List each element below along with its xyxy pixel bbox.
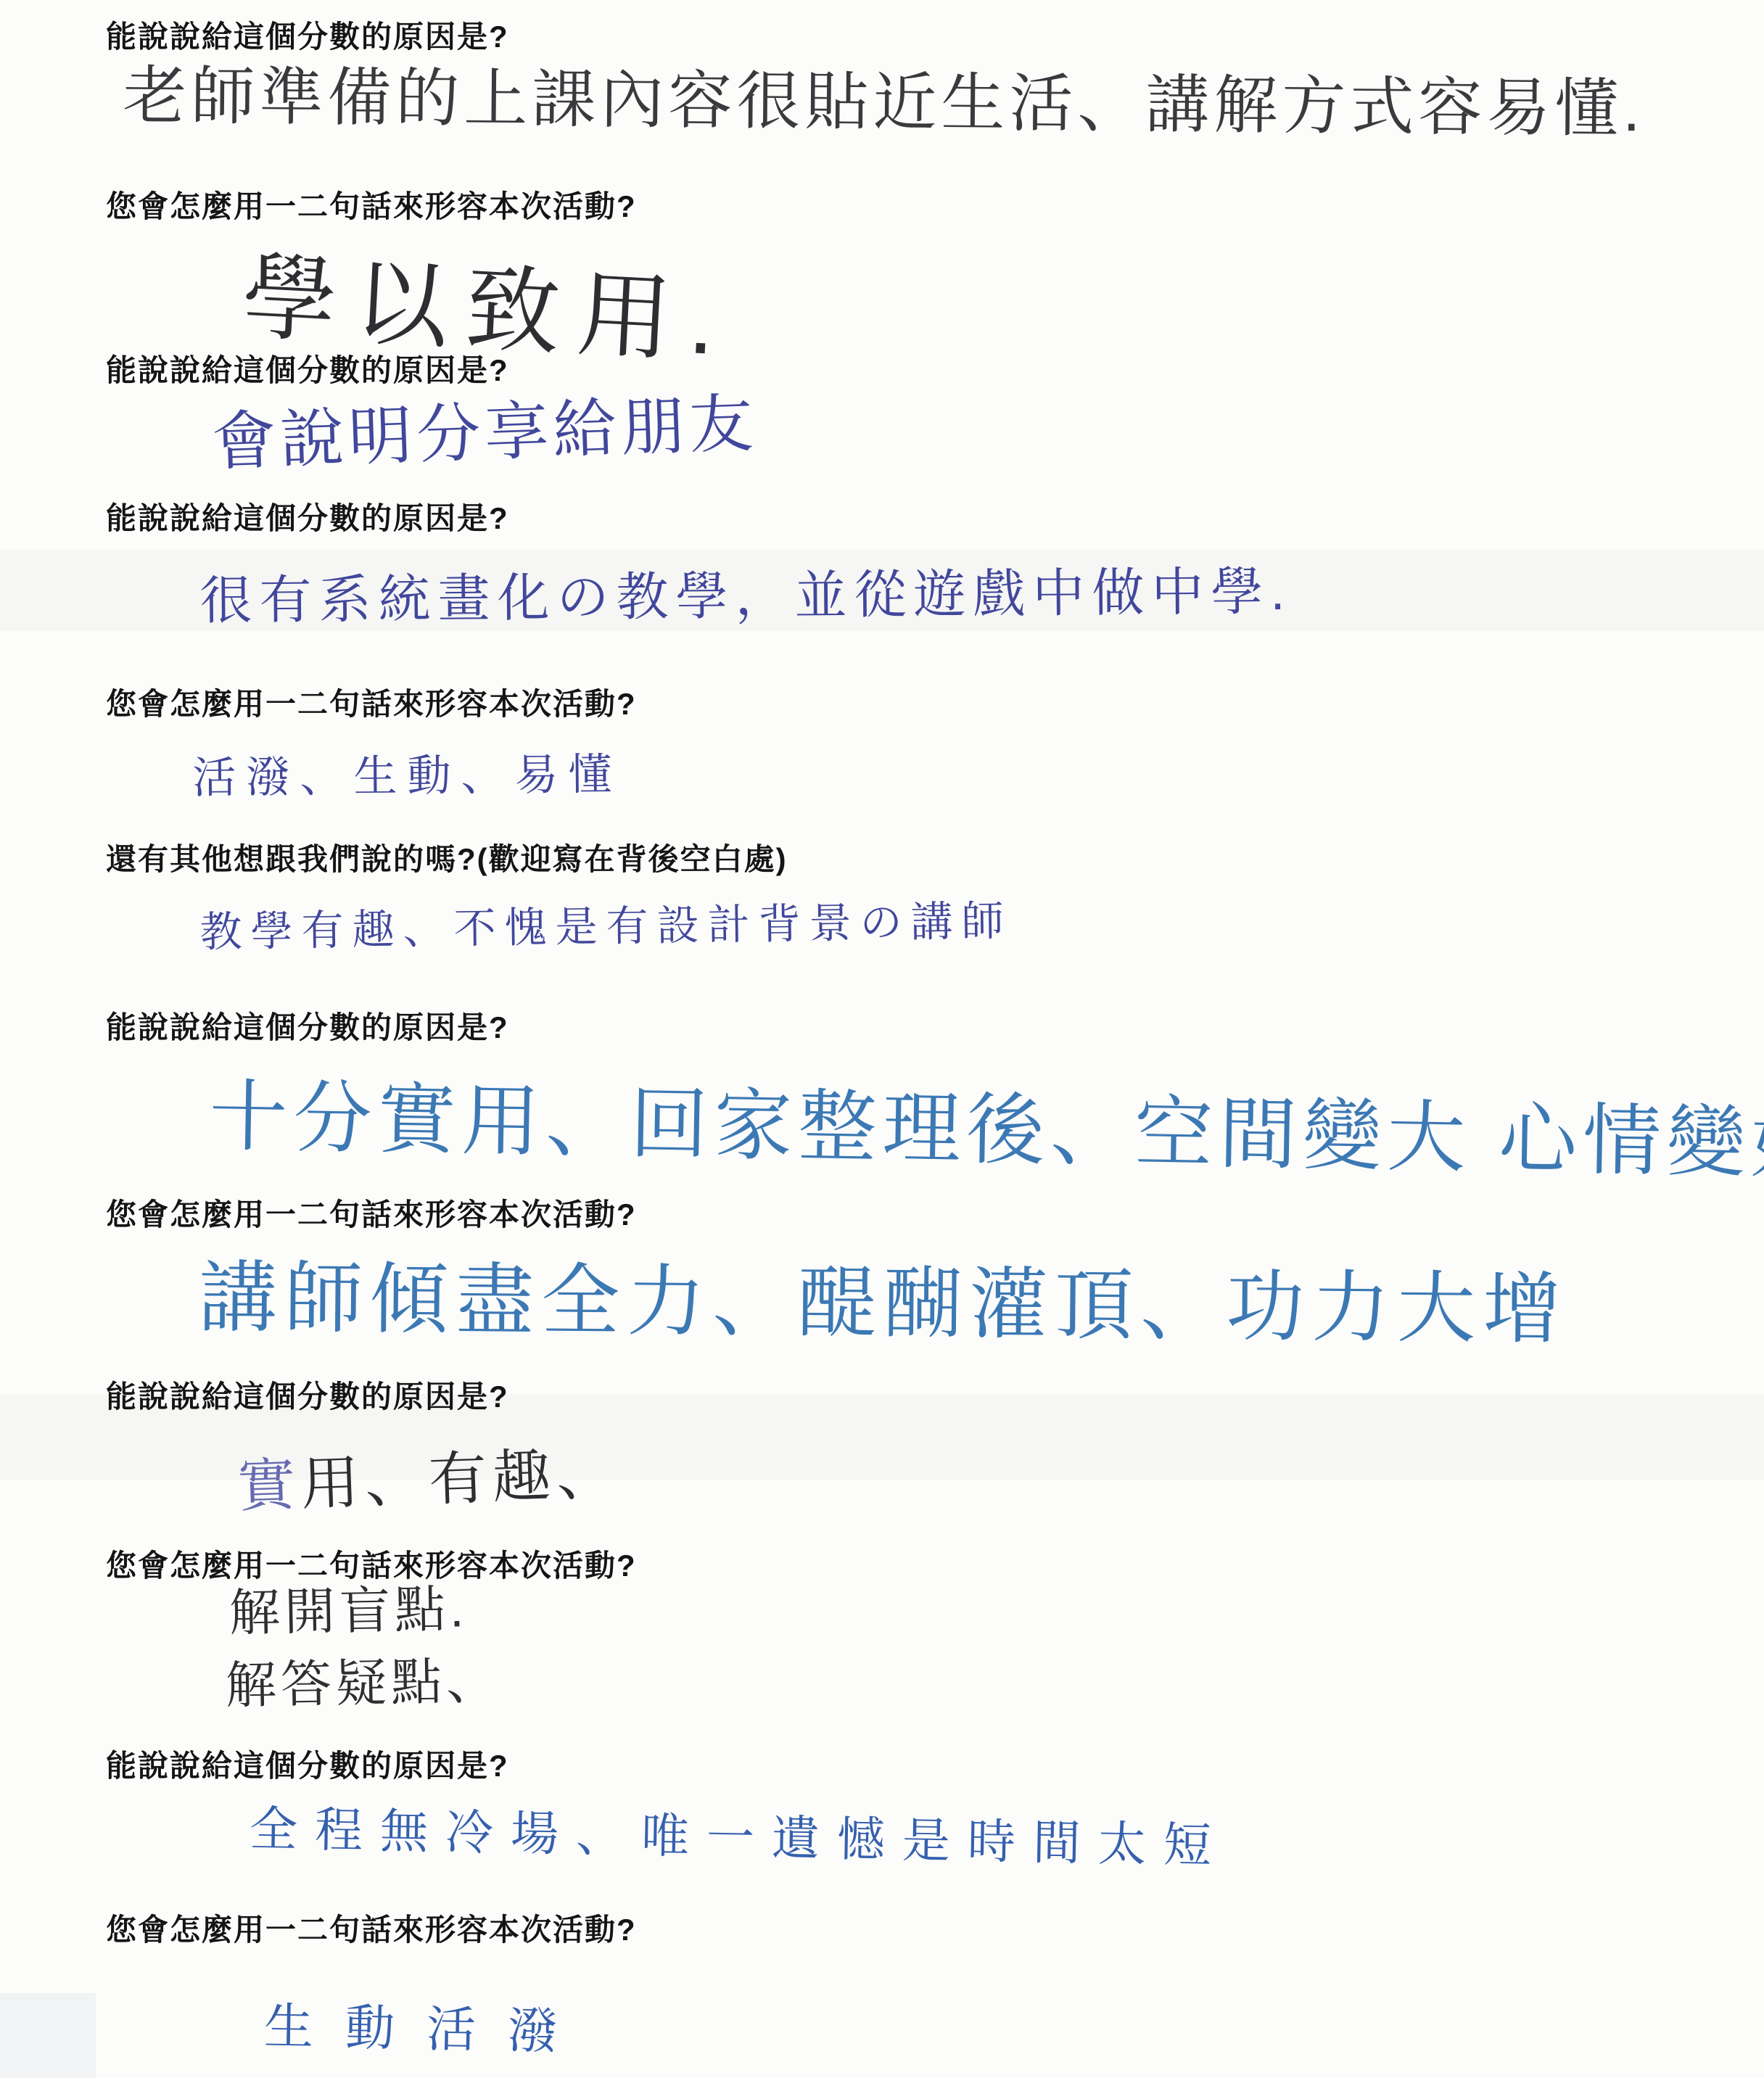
answer-10-line-1: 解開盲點. — [228, 1568, 469, 1646]
question-5: 您會怎麼用一二句話來形容本次活動? — [106, 680, 637, 724]
answer-5: 活潑、生動、易懂 — [192, 740, 622, 806]
scan-artifact — [0, 1993, 96, 2078]
question-7: 能說說給這個分數的原因是? — [106, 1004, 509, 1047]
question-4: 能說說給這個分數的原因是? — [106, 495, 509, 538]
answer-6: 教學有趣、不愧是有設計背景の講師 — [199, 886, 1013, 959]
question-12: 您會怎麼用一二句話來形容本次活動? — [106, 1906, 637, 1950]
question-8: 您會怎麼用一二句話來形容本次活動? — [106, 1191, 637, 1234]
answer-11: 全程無冷場、唯一遺憾是時間太短 — [249, 1790, 1229, 1876]
scanned-questionnaire-page: 能說說給這個分數的原因是? 老師準備的上課內容很貼近生活、講解方式容易懂. 您會… — [0, 0, 1764, 2078]
answer-9-part-2: 用、有趣、 — [300, 1441, 622, 1517]
answer-4: 很有系統畫化の教學，並從遊戲中做中學. — [199, 549, 1293, 634]
answer-9-part-1: 實 — [236, 1452, 302, 1519]
answer-9: 實用、有趣、 — [236, 1427, 622, 1523]
question-2: 您會怎麼用一二句話來形容本次活動? — [106, 183, 637, 226]
question-11: 能說說給這個分數的原因是? — [106, 1742, 509, 1786]
answer-10-line-2: 解答疑點、 — [225, 1640, 502, 1718]
answer-12: 生動活潑 — [263, 1987, 590, 2063]
answer-1: 老師準備的上課內容很貼近生活、講解方式容易懂. — [123, 45, 1645, 149]
answer-8: 講師傾盡全力、醍醐灌頂、功力大增 — [199, 1234, 1569, 1358]
question-6: 還有其他想跟我們說的嗎?(歡迎寫在背後空白處) — [106, 836, 788, 879]
answer-3: 會說明分享給朋友 — [210, 373, 759, 483]
answer-7: 十分實用、回家整理後、空間變大 心情變好. — [208, 1053, 1764, 1195]
question-9: 能說說給這個分數的原因是? — [106, 1373, 509, 1417]
